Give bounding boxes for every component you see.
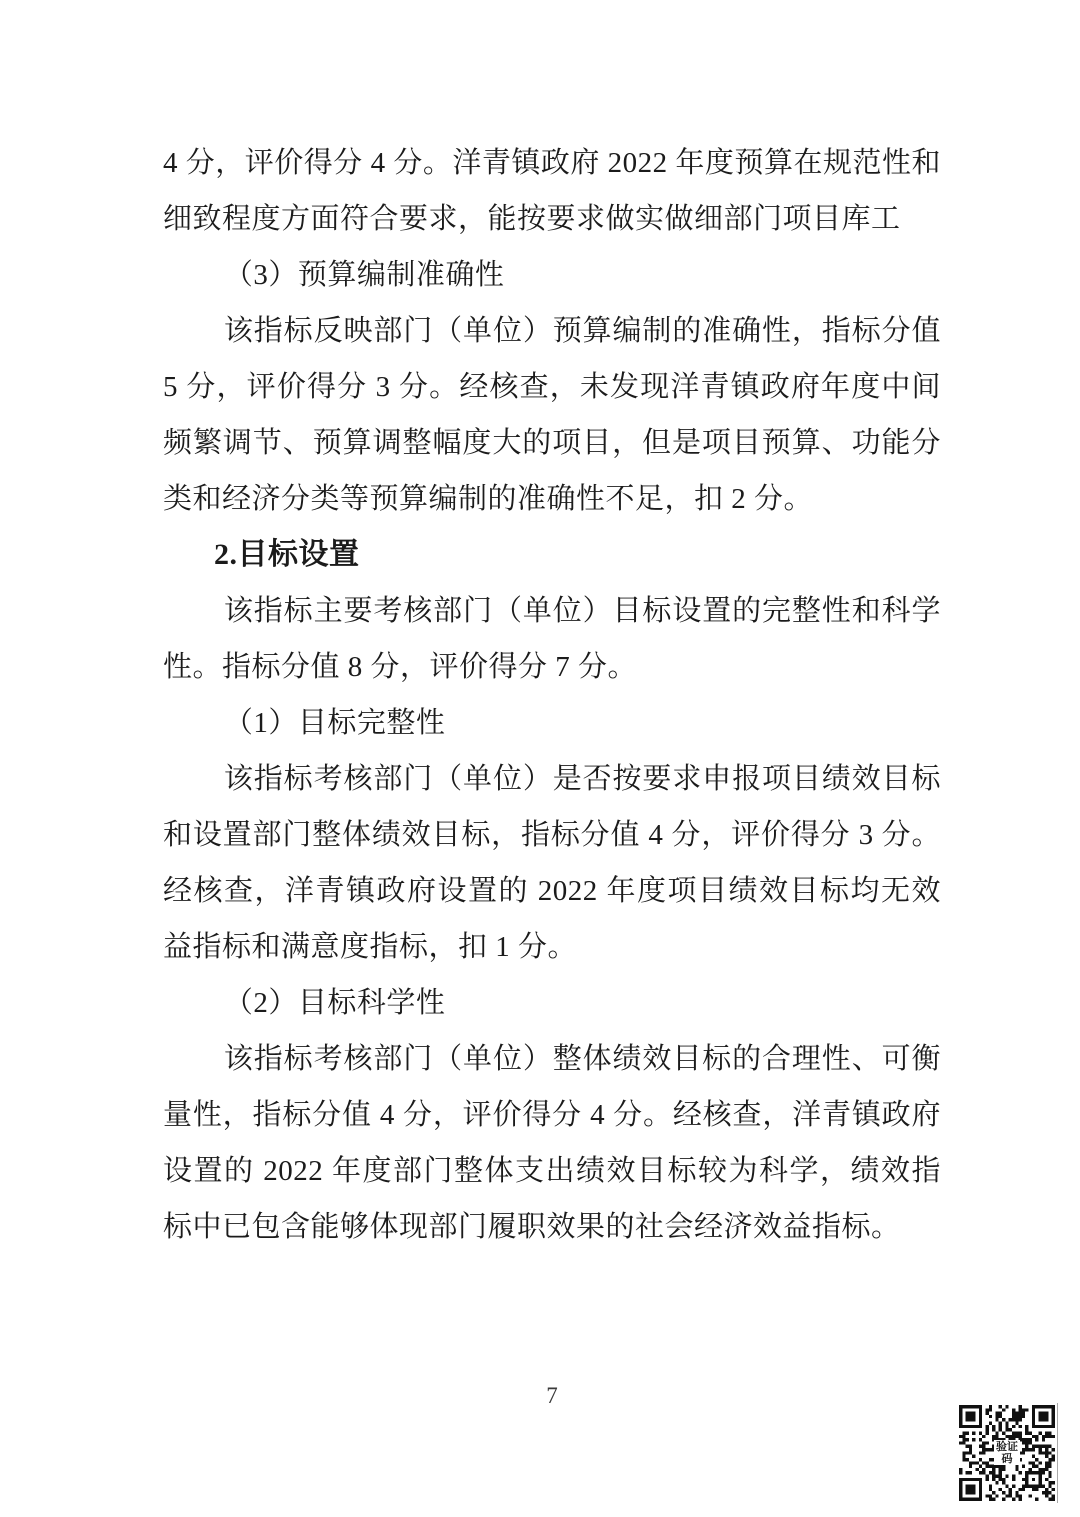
text-line: 5 分，评价得分 3 分。经核查，未发现洋青镇政府年度中间 [163, 359, 941, 415]
qr-center-label: 验证 码 [994, 1440, 1020, 1465]
text-line: 频繁调节、预算调整幅度大的项目，但是项目预算、功能分 [163, 415, 941, 471]
text-line: 设置的 2022 年度部门整体支出绩效目标较为科学，绩效指 [163, 1143, 941, 1199]
text-line: （2）目标科学性 [163, 975, 941, 1031]
text-line: 该指标反映部门（单位）预算编制的准确性，指标分值 [163, 303, 941, 359]
page-number: 7 [163, 1383, 941, 1409]
text-line: 类和经济分类等预算编制的准确性不足，扣 2 分。 [163, 471, 941, 527]
text-line: （1）目标完整性 [163, 695, 941, 751]
text-line: （3）预算编制准确性 [163, 247, 941, 303]
text-line: 经核查，洋青镇政府设置的 2022 年度项目绩效目标均无效 [163, 863, 941, 919]
text-line: 4 分，评价得分 4 分。洋青镇政府 2022 年度预算在规范性和 [163, 135, 941, 191]
text-line: 标中已包含能够体现部门履职效果的社会经济效益指标。 [163, 1199, 941, 1255]
text-lines: 4 分，评价得分 4 分。洋青镇政府 2022 年度预算在规范性和细致程度方面符… [163, 135, 941, 1255]
heading-line: 2.目标设置 [163, 527, 941, 583]
qr-edge-divider [1057, 1403, 1058, 1503]
text-line: 细致程度方面符合要求，能按要求做实做细部门项目库工作。 [163, 191, 941, 247]
qr-label-line1: 验证 [996, 1441, 1018, 1453]
verification-qr-code: 验证 码 [959, 1405, 1055, 1501]
text-line: 该指标考核部门（单位）整体绩效目标的合理性、可衡 [163, 1031, 941, 1087]
text-line: 性。指标分值 8 分，评价得分 7 分。 [163, 639, 941, 695]
document-page: 4 分，评价得分 4 分。洋青镇政府 2022 年度预算在规范性和细致程度方面符… [0, 0, 1080, 1517]
text-line: 和设置部门整体绩效目标，指标分值 4 分，评价得分 3 分。 [163, 807, 941, 863]
text-line: 该指标考核部门（单位）是否按要求申报项目绩效目标 [163, 751, 941, 807]
qr-label-line2: 码 [996, 1453, 1018, 1465]
text-line: 该指标主要考核部门（单位）目标设置的完整性和科学 [163, 583, 941, 639]
text-line: 益指标和满意度指标，扣 1 分。 [163, 919, 941, 975]
text-line: 量性，指标分值 4 分，评价得分 4 分。经核查，洋青镇政府 [163, 1087, 941, 1143]
